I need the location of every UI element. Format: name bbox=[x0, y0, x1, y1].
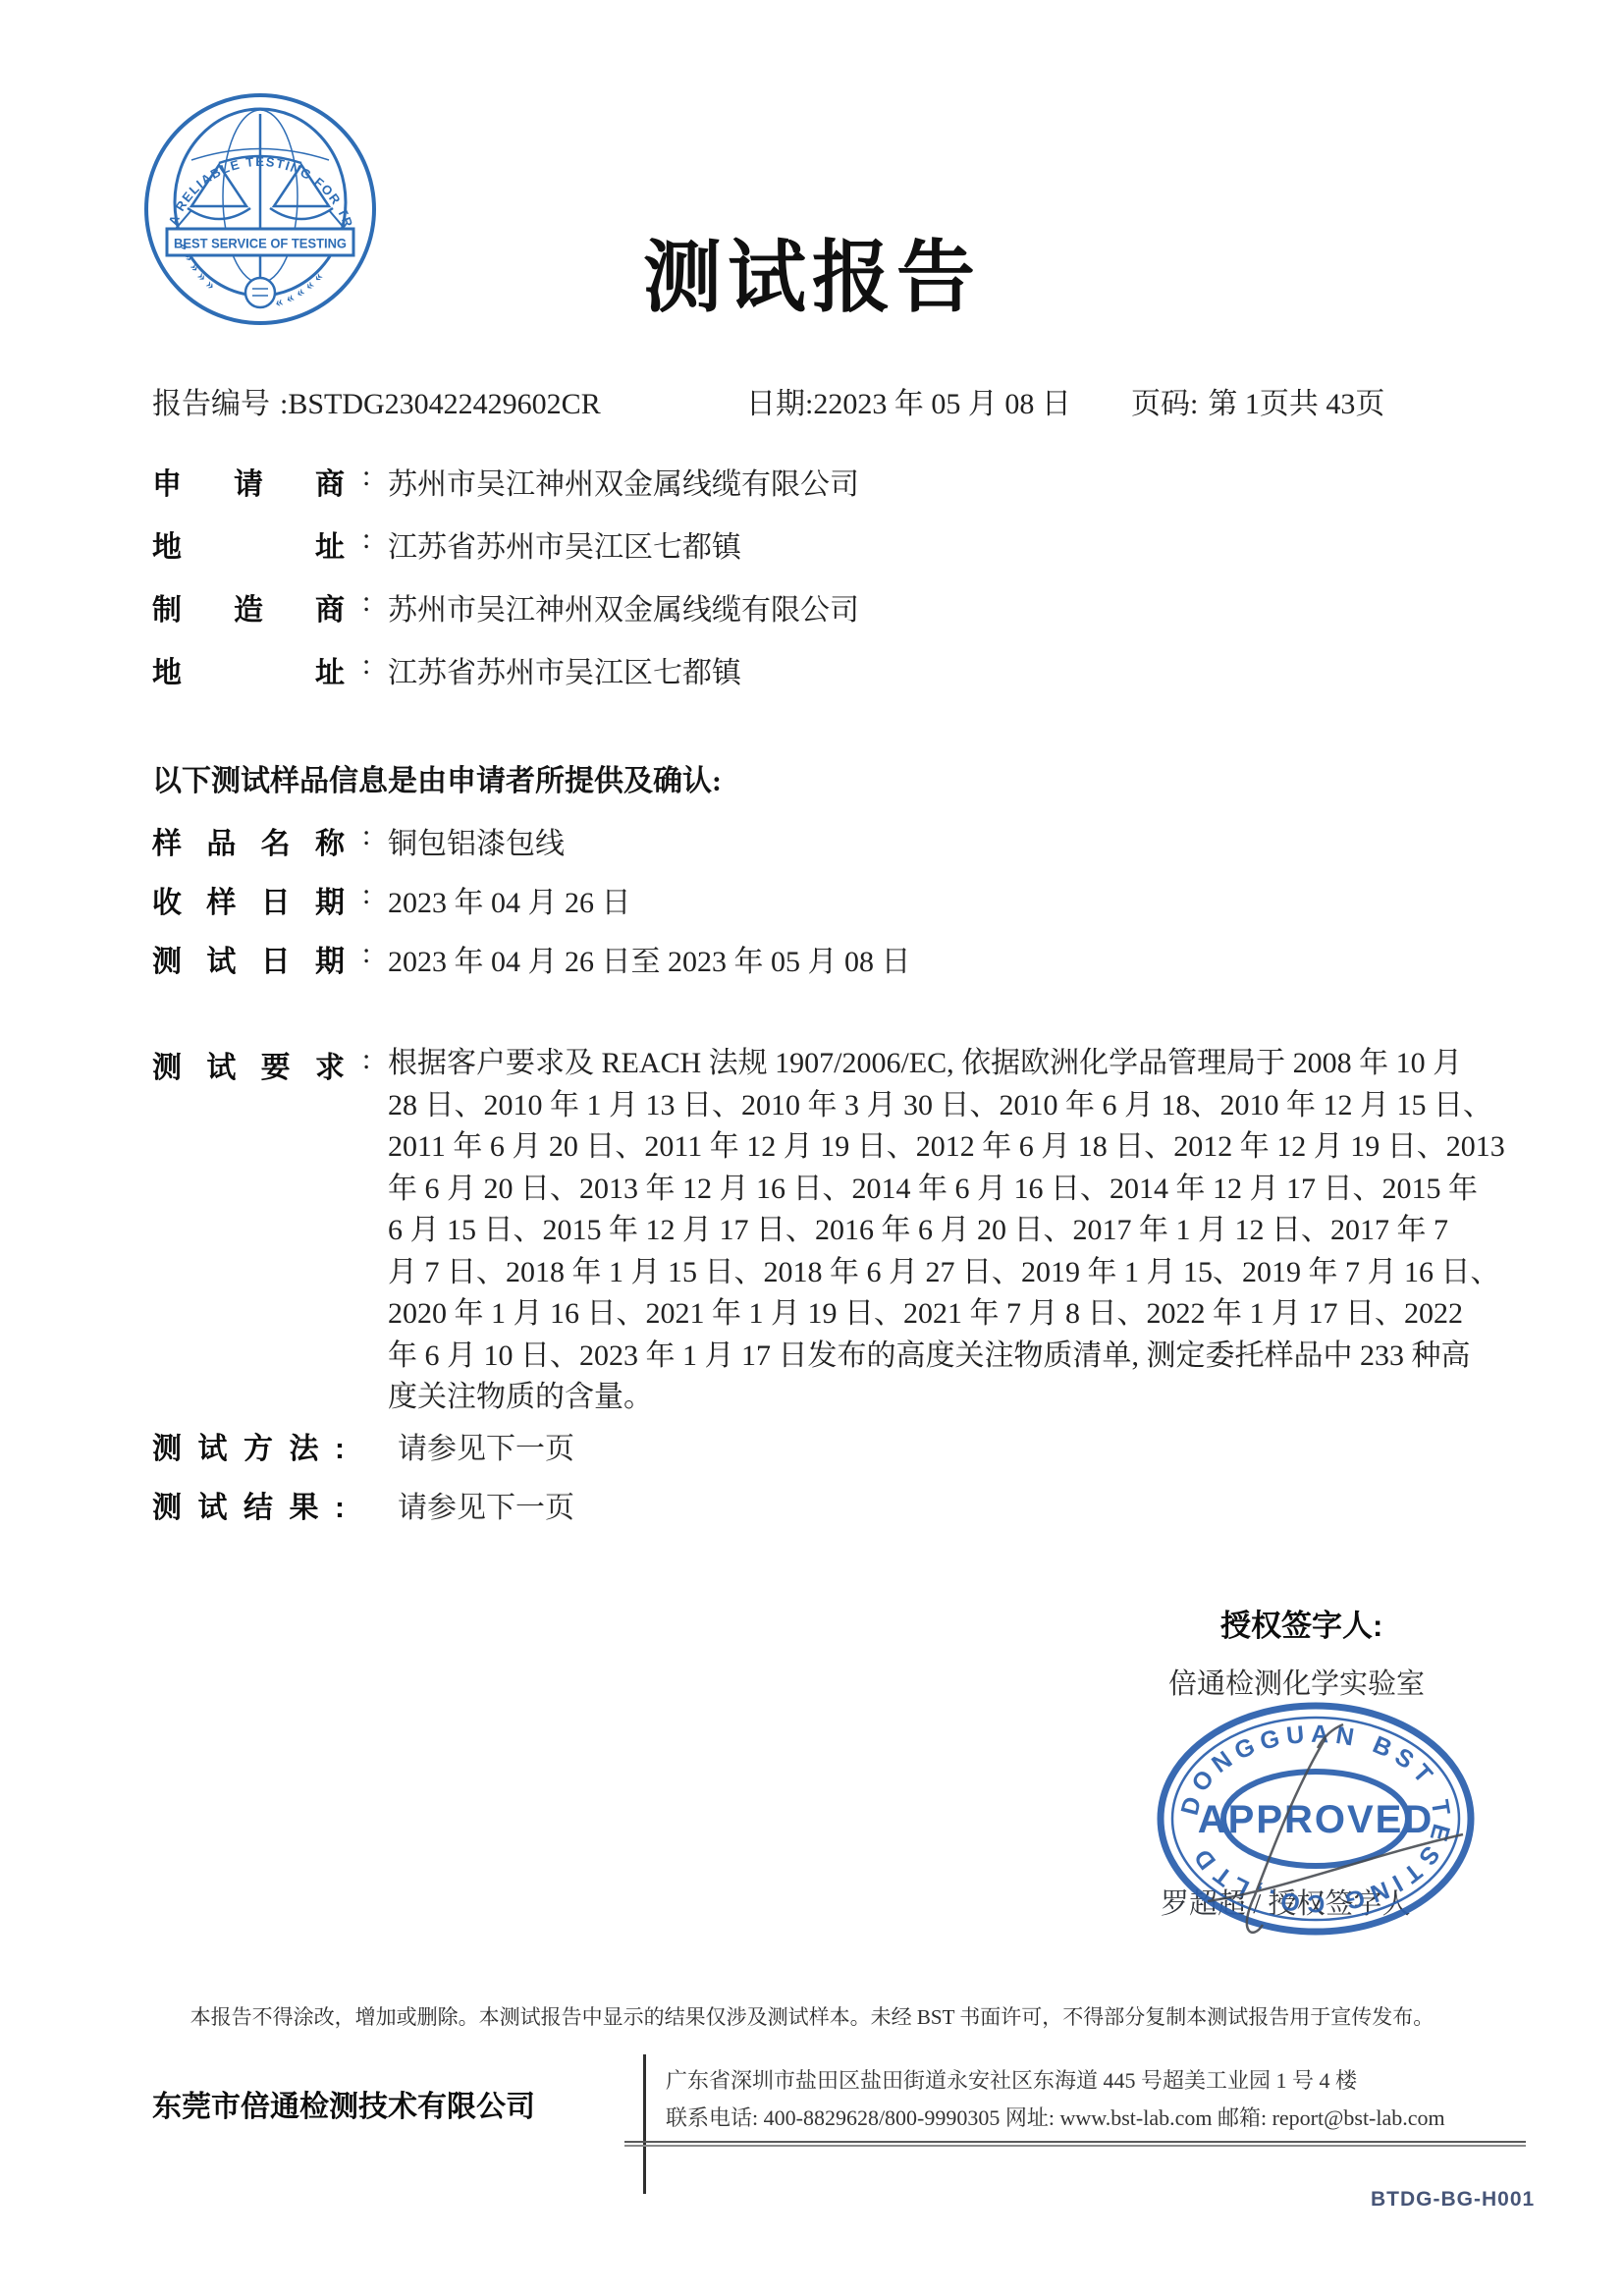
address-value: 江苏省苏州市吴江区七都镇 bbox=[388, 522, 741, 566]
sample-name-label: 样品名称 bbox=[152, 819, 345, 862]
disclaimer: 本报告不得涂改，增加或删除。本测试报告中显示的结果仅涉及测试样本。未经 BST … bbox=[0, 2001, 1624, 2031]
colon: : bbox=[362, 937, 376, 970]
address-value: 江苏省苏州市吴江区七都镇 bbox=[388, 648, 741, 691]
applicant-label: 申请商 bbox=[152, 460, 345, 503]
authorized-signer-title: 授权签字人: bbox=[1220, 1601, 1382, 1645]
report-page: A RELIABLE TESTING FOR TRUST BEST SERVIC… bbox=[0, 0, 1624, 2295]
manufacturer-label: 制造商 bbox=[152, 585, 345, 628]
address-label: 地址 bbox=[152, 522, 345, 566]
requirement-line: 2020 年 1 月 16 日、2021 年 1 月 19 日、2021 年 7… bbox=[388, 1293, 1507, 1336]
testing-date-label: 测试日期 bbox=[152, 937, 345, 980]
address-label: 地址 bbox=[152, 648, 345, 691]
requirement-line: 年 6 月 20 日、2013 年 12 月 16 日、2014 年 6 月 1… bbox=[388, 1169, 1507, 1211]
company-contact: 联系电话: 400-8829628/800-9990305 网址: www.bs… bbox=[666, 2102, 1445, 2132]
applicant-value: 苏州市吴江神州双金属线缆有限公司 bbox=[388, 460, 859, 503]
received-date-value: 2023 年 04 月 26 日 bbox=[388, 878, 631, 921]
company-address: 广东省深圳市盐田区盐田街道永安社区东海道 445 号超美工业园 1 号 4 楼 bbox=[666, 2064, 1357, 2095]
report-date-label: 日期: bbox=[746, 388, 813, 420]
testing-date-value: 2023 年 04 月 26 日至 2023 年 05 月 08 日 bbox=[388, 937, 911, 980]
sample-name-value: 铜包铝漆包线 bbox=[388, 819, 565, 862]
colon: : bbox=[362, 522, 376, 556]
test-method-label: 测试方法: bbox=[152, 1424, 345, 1467]
applicant-row: 申请商 : 苏州市吴江神州双金属线缆有限公司 bbox=[152, 460, 859, 503]
colon: : bbox=[362, 585, 376, 619]
test-requirement-row: 测试要求 : 根据客户要求及 REACH 法规 1907/2006/EC, 依据… bbox=[152, 1043, 1507, 1419]
page-label: 页码: bbox=[1131, 388, 1198, 420]
test-result-value: 请参见下一页 bbox=[398, 1483, 574, 1526]
test-method-row: 测试方法: 请参见下一页 bbox=[152, 1424, 574, 1467]
report-number-value: :BSTDG230422429602CR bbox=[280, 388, 601, 420]
requirement-line: 2011 年 6 月 20 日、2011 年 12 月 19 日、2012 年 … bbox=[388, 1126, 1507, 1169]
test-result-label: 测试结果: bbox=[152, 1483, 345, 1526]
test-result-row: 测试结果: 请参见下一页 bbox=[152, 1483, 574, 1526]
requirement-line: 年 6 月 10 日、2023 年 1 月 17 日发布的高度关注物质清单, 测… bbox=[388, 1336, 1507, 1378]
lab-name: 倍通检测化学实验室 bbox=[1168, 1662, 1425, 1702]
report-date-value: 22023 年 05 月 08 日 bbox=[813, 388, 1071, 420]
sample-intro: 以下测试样品信息是由申请者所提供及确认: bbox=[152, 756, 722, 799]
page-title: 测试报告 bbox=[0, 214, 1624, 327]
applicant-address-row: 地址 : 江苏省苏州市吴江区七都镇 bbox=[152, 522, 741, 566]
report-pagination: 页码:第 1页共 43页 bbox=[1131, 379, 1478, 422]
testing-date-row: 测试日期 : 2023 年 04 月 26 日至 2023 年 05 月 08 … bbox=[152, 937, 911, 980]
page-value: 第 1页共 43页 bbox=[1208, 388, 1384, 420]
manufacturer-row: 制造商 : 苏州市吴江神州双金属线缆有限公司 bbox=[152, 585, 859, 628]
colon: : bbox=[362, 648, 376, 682]
manufacturer-address-row: 地址 : 江苏省苏州市吴江区七都镇 bbox=[152, 648, 741, 691]
report-meta: 报告编号:BSTDG230422429602CR 日期:22023 年 05 月… bbox=[152, 379, 1478, 422]
manufacturer-value: 苏州市吴江神州双金属线缆有限公司 bbox=[388, 585, 859, 628]
requirement-line: 月 7 日、2018 年 1 月 15 日、2018 年 6 月 27 日、20… bbox=[388, 1252, 1507, 1294]
colon: : bbox=[362, 878, 376, 911]
report-number: 报告编号:BSTDG230422429602CR bbox=[152, 379, 746, 422]
report-number-label: 报告编号 bbox=[152, 388, 270, 420]
colon: : bbox=[362, 1043, 376, 1076]
form-code: BTDG-BG-H001 bbox=[1371, 2188, 1535, 2212]
requirement-line: 6 月 15 日、2015 年 12 月 17 日、2016 年 6 月 20 … bbox=[388, 1210, 1507, 1252]
test-method-value: 请参见下一页 bbox=[398, 1424, 574, 1467]
company-name: 东莞市倍通检测技术有限公司 bbox=[152, 2082, 535, 2125]
requirement-line: 28 日、2010 年 1 月 13 日、2010 年 3 月 30 日、201… bbox=[388, 1085, 1507, 1127]
approved-stamp: DONGGUAN BST TESTING CO.,LTD APPROVED bbox=[1147, 1697, 1486, 1940]
requirement-line: 根据客户要求及 REACH 法规 1907/2006/EC, 依据欧洲化学品管理… bbox=[388, 1043, 1507, 1085]
sample-name-row: 样品名称 : 铜包铝漆包线 bbox=[152, 819, 565, 862]
report-date: 日期:22023 年 05 月 08 日 bbox=[746, 379, 1131, 422]
colon: : bbox=[362, 460, 376, 493]
test-requirement-label: 测试要求 bbox=[152, 1043, 345, 1086]
stamp-center-text: APPROVED bbox=[1198, 1798, 1435, 1841]
footer-rule bbox=[624, 2141, 1526, 2143]
received-date-label: 收样日期 bbox=[152, 878, 345, 921]
footer-divider bbox=[643, 2054, 646, 2194]
requirement-line: 度关注物质的含量。 bbox=[388, 1377, 1507, 1419]
received-date-row: 收样日期 : 2023 年 04 月 26 日 bbox=[152, 878, 631, 921]
test-requirement-text: 根据客户要求及 REACH 法规 1907/2006/EC, 依据欧洲化学品管理… bbox=[388, 1043, 1507, 1419]
colon: : bbox=[362, 819, 376, 852]
